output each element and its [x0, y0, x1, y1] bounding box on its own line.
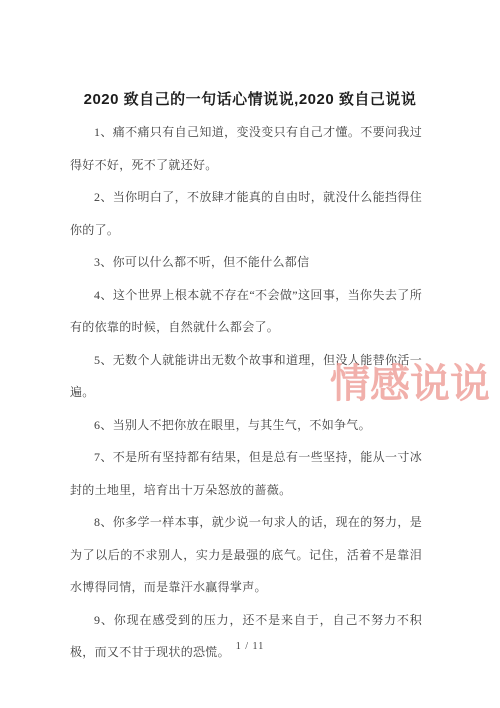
paragraph-2: 2、当你明白了，不放肆才能真的自由时，就没什么能挡得住你的了。: [70, 181, 422, 246]
document-page: 2020 致自己的一句话心情说说,2020 致自己说说 1、痛不痛只有自己知道，…: [0, 0, 500, 708]
paragraph-1: 1、痛不痛只有自己知道，变没变只有自己才懂。不要问我过得好不好，死不了就还好。: [70, 116, 422, 181]
paragraph-4: 4、这个世界上根本就不存在“不会做”这回事，当你失去了所有的依靠的时候，自然就什…: [70, 279, 422, 344]
document-body: 1、痛不痛只有自己知道，变没变只有自己才懂。不要问我过得好不好，死不了就还好。 …: [70, 116, 422, 669]
paragraph-9: 9、你现在感受到的压力，还不是来自于，自己不努力不积极，而又不甘于现状的恐慌。: [70, 604, 422, 669]
paragraph-6: 6、当别人不把你放在眼里，与其生气，不如争气。: [70, 409, 422, 442]
paragraph-3: 3、你可以什么都不听，但不能什么都信: [70, 246, 422, 279]
page-number: 1 / 11: [0, 641, 500, 652]
paragraph-7: 7、不是所有坚持都有结果，但是总有一些坚持，能从一寸冰封的土地里，培育出十万朵怒…: [70, 441, 422, 506]
document-title: 2020 致自己的一句话心情说说,2020 致自己说说: [0, 88, 500, 109]
paragraph-8: 8、你多学一样本事，就少说一句求人的话，现在的努力，是为了以后的不求别人，实力是…: [70, 506, 422, 604]
paragraph-5: 5、无数个人就能讲出无数个故事和道理，但没人能替你活一遍。: [70, 344, 422, 409]
